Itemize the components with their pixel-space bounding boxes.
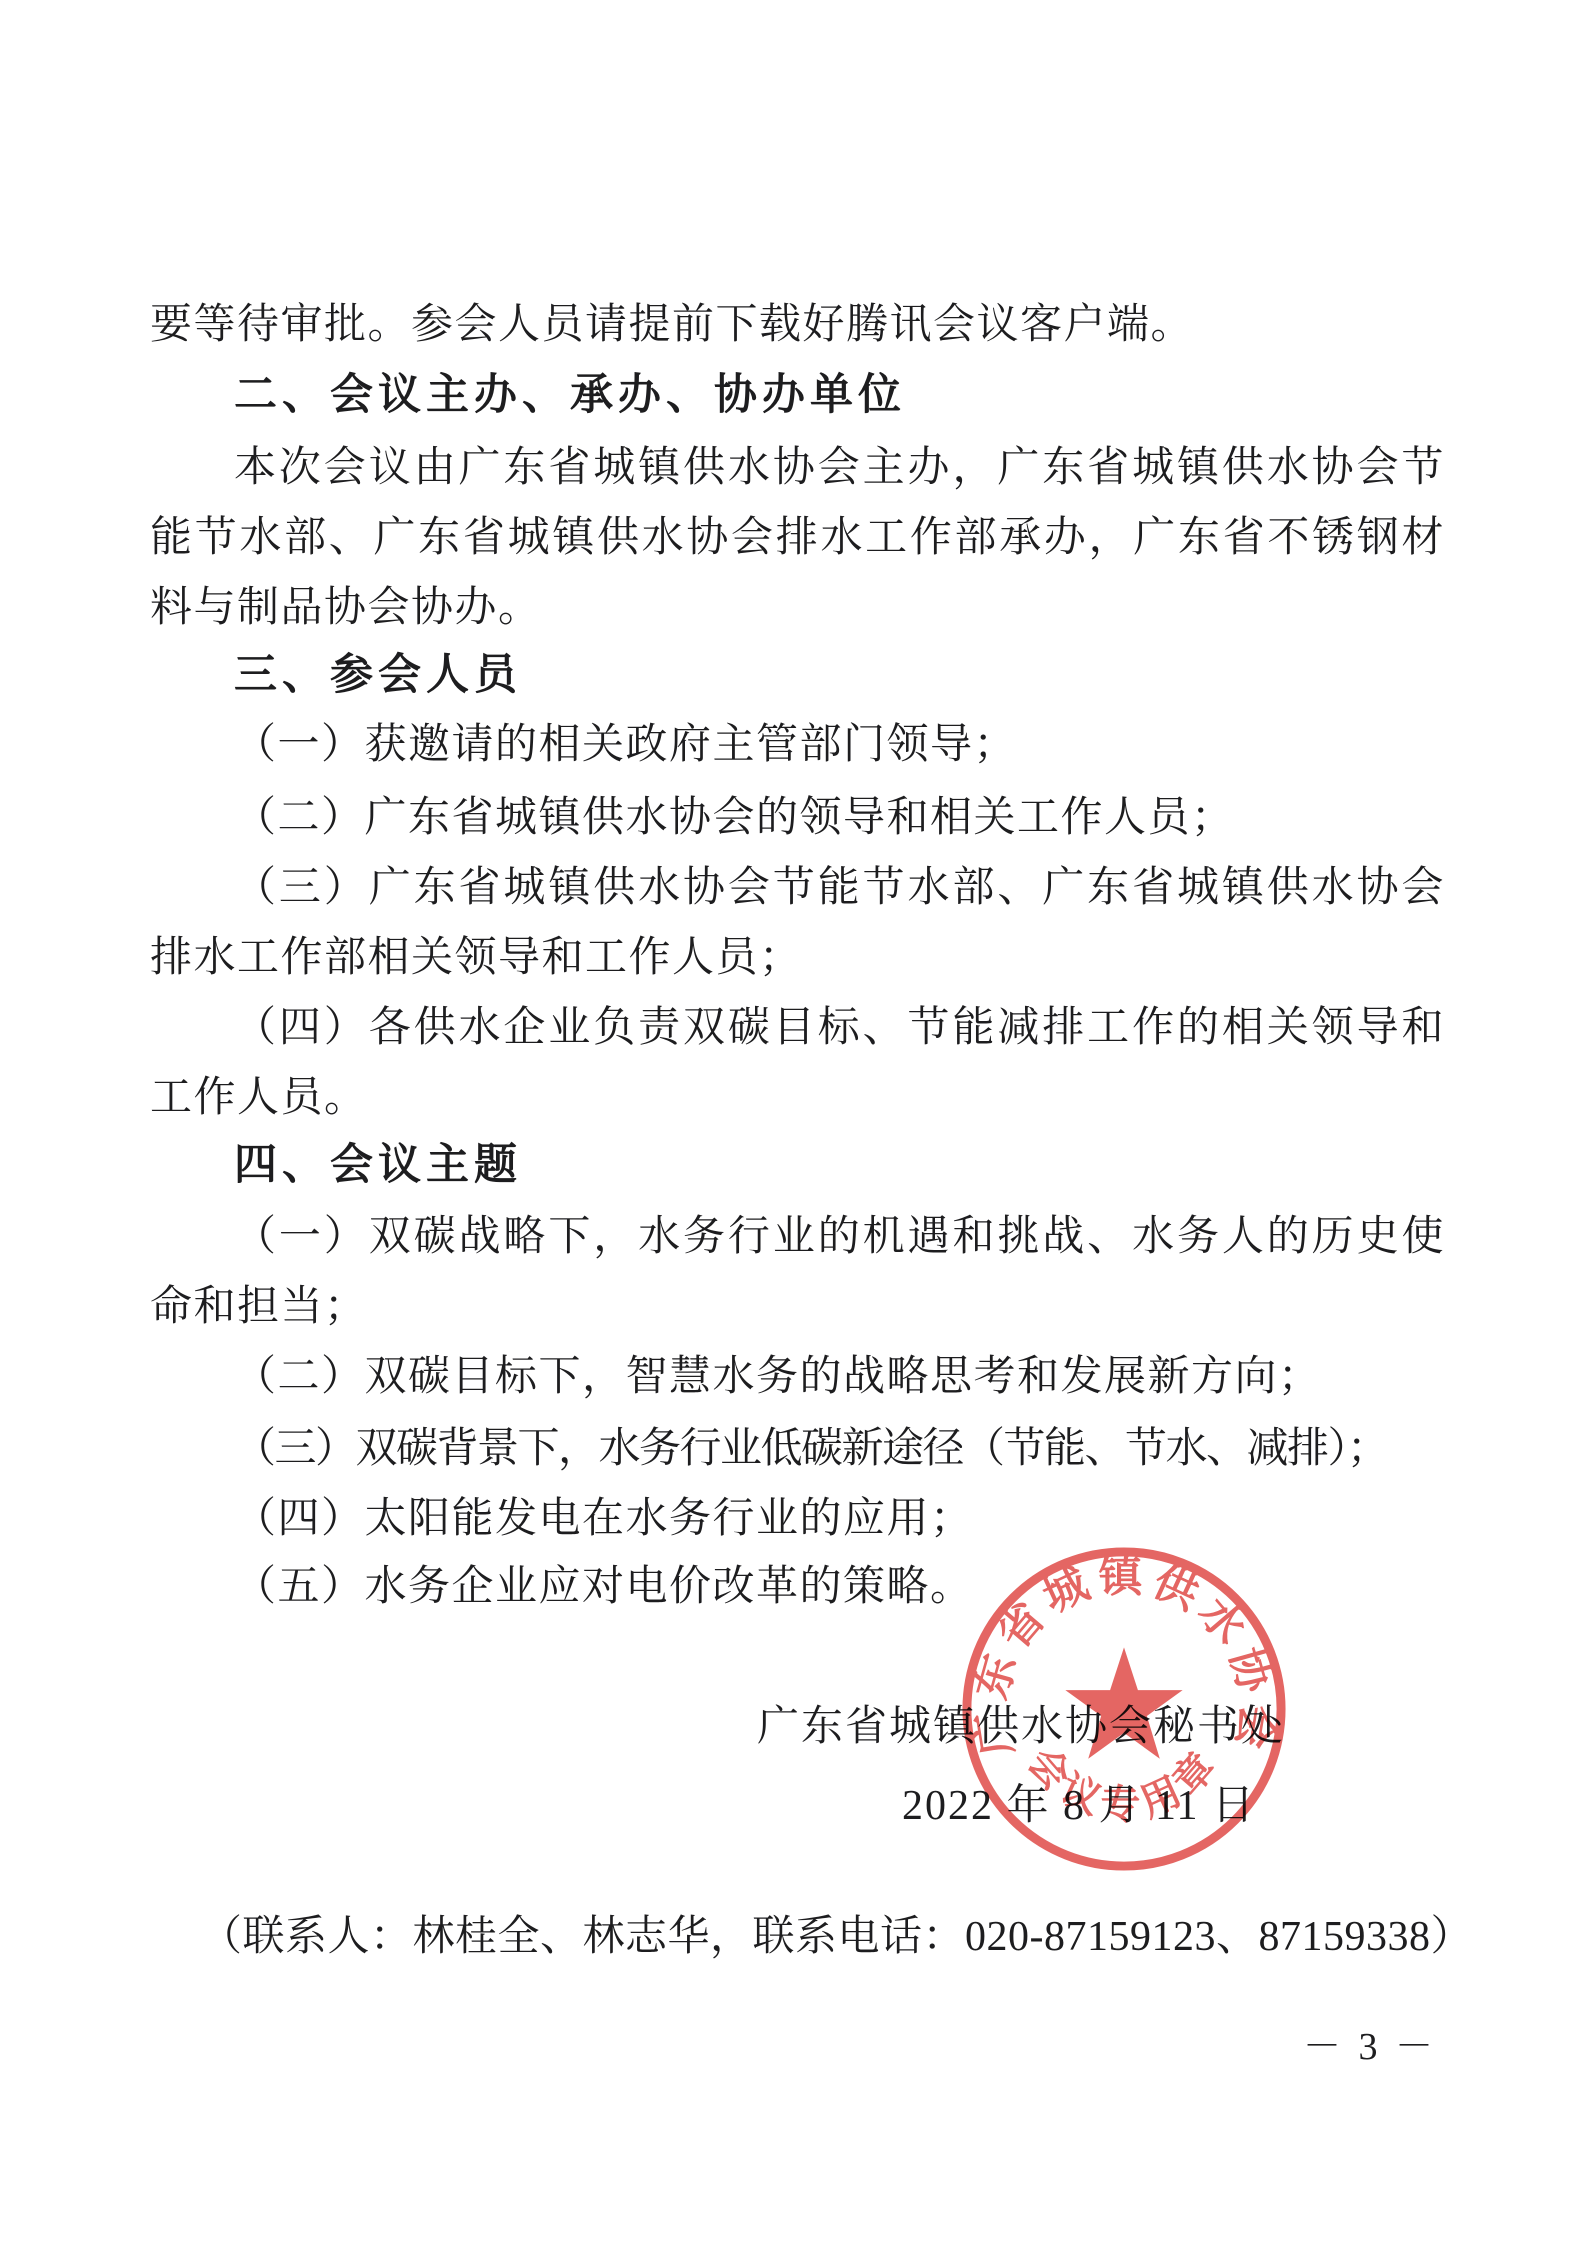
- list-item: （二）广东省城镇供水协会的领导和相关工作人员；: [234, 793, 1235, 843]
- body-line: 本次会议由广东省城镇供水协会主办，广东省城镇供水协会节: [234, 443, 1445, 493]
- section-heading-3: 三、参会人员: [234, 650, 522, 702]
- body-line: 排水工作部相关领导和工作人员；: [150, 933, 803, 983]
- body-line: 命和担当；: [150, 1282, 368, 1332]
- star-icon: [1065, 1647, 1182, 1758]
- body-line: 能节水部、广东省城镇供水协会排水工作部承办，广东省不锈钢材: [150, 513, 1445, 563]
- list-item: （三）双碳背景下，水务行业低碳新途径（节能、节水、减排）；: [234, 1424, 1388, 1474]
- list-item: （一）获邀请的相关政府主管部门领导；: [234, 720, 1017, 770]
- list-item: （四）各供水企业负责双碳目标、节能减排工作的相关领导和: [234, 1003, 1445, 1053]
- section-heading-4: 四、会议主题: [234, 1140, 522, 1192]
- body-line: 工作人员。: [150, 1073, 368, 1123]
- seal-type-text: 会议专用章: [1019, 1739, 1228, 1827]
- list-item: （二）双碳目标下，智慧水务的战略思考和发展新方向；: [234, 1352, 1322, 1402]
- list-item: （四）太阳能发电在水务行业的应用；: [234, 1494, 974, 1544]
- list-item: （一）双碳战略下，水务行业的机遇和挑战、水务人的历史使: [234, 1212, 1445, 1262]
- document-page: 要等待审批。参会人员请提前下载好腾讯会议客户端。 二、会议主办、承办、协办单位 …: [0, 0, 1587, 2244]
- list-item: （五）水务企业应对电价改革的策略。: [234, 1562, 974, 1612]
- page-number: － 3 －: [1303, 2015, 1437, 2070]
- body-line: 要等待审批。参会人员请提前下载好腾讯会议客户端。: [150, 300, 1194, 350]
- contact-info: （联系人：林桂全、林志华，联系电话：020-87159123、87159338）: [200, 1903, 1473, 1963]
- list-item: （三）广东省城镇供水协会节能节水部、广东省城镇供水协会: [234, 863, 1445, 913]
- section-heading-2: 二、会议主办、承办、协办单位: [234, 370, 906, 422]
- body-line: 料与制品协会协办。: [150, 583, 542, 633]
- official-seal: 广东省城镇供水协会 会议专用章: [955, 1540, 1293, 1878]
